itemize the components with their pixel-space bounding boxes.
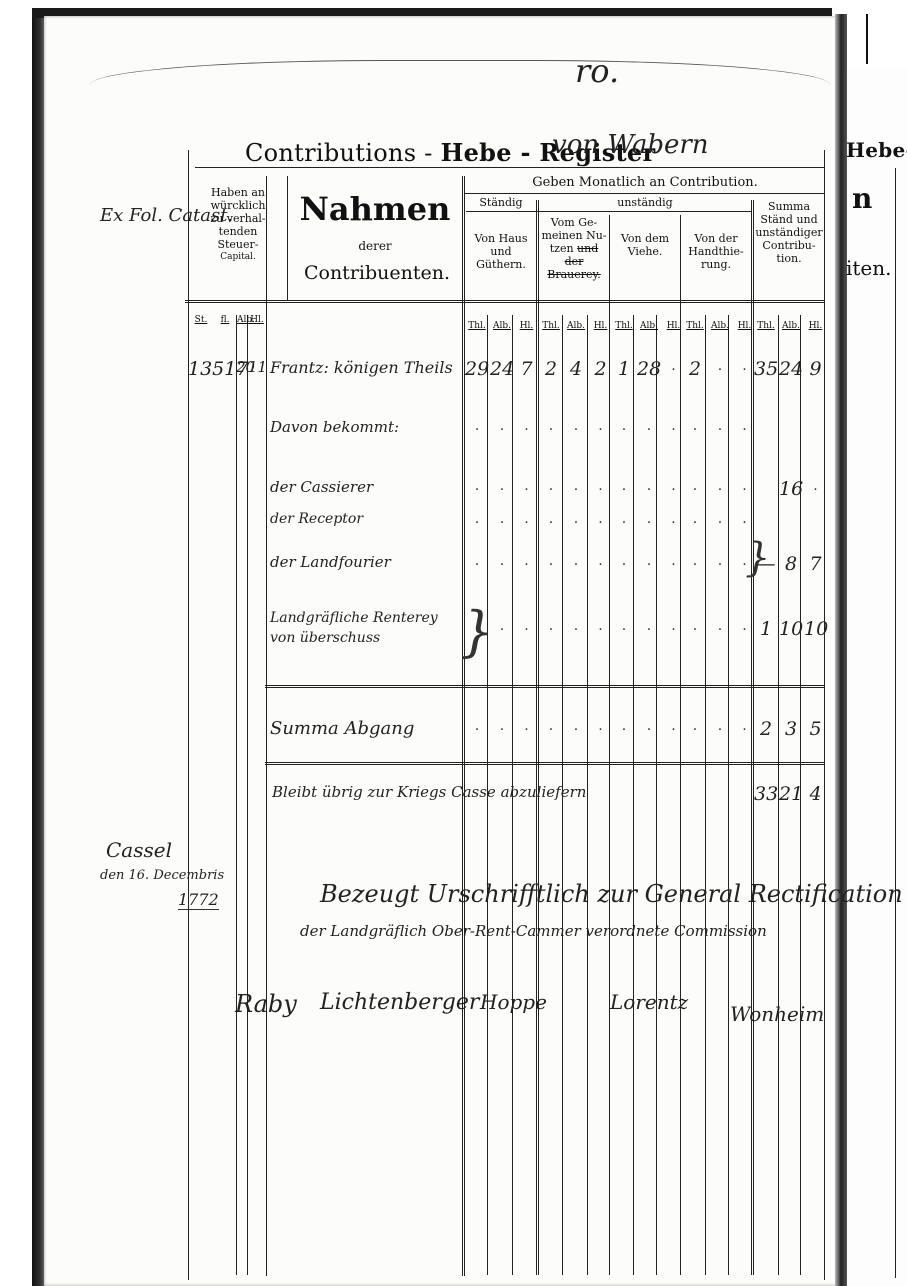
unit-label: Thl.	[539, 321, 563, 331]
rule-summa-top	[265, 685, 825, 688]
header-summa-line: tion.	[754, 252, 824, 265]
cell-viehe: .	[637, 478, 661, 494]
unit-label: Alb.	[490, 321, 514, 331]
adjacent-page	[847, 70, 907, 1286]
cell-summa: 2	[754, 718, 778, 740]
cell-nutzen: .	[589, 553, 612, 569]
cell-nutzen: .	[539, 418, 563, 434]
header-viehe-line: Von dem	[611, 232, 679, 245]
row-name: Landgräfliche Renterey von überschuss	[270, 608, 460, 648]
top-scribble: ro.	[575, 52, 619, 90]
cell-nutzen: .	[564, 618, 588, 634]
rule-standig	[466, 211, 536, 212]
cell-haus: .	[465, 718, 489, 734]
cell-haus: 29	[465, 358, 489, 380]
row-name: Summa Abgang	[270, 718, 414, 739]
scan-background	[0, 0, 32, 1286]
cell-summa: .	[804, 478, 827, 494]
rule-hand-alb	[705, 315, 706, 1275]
rule-unstandig	[537, 211, 752, 212]
cell-viehe: .	[662, 553, 685, 569]
cell-summa: 5	[804, 718, 827, 740]
cell-viehe: 28	[637, 358, 661, 380]
header-names-bottom: Contribuenten.	[292, 262, 462, 284]
header-summa-line: Ständ und	[754, 213, 824, 226]
cell-nutzen: .	[564, 478, 588, 494]
cell-summa: 3	[779, 718, 803, 740]
cell-haus: .	[490, 718, 514, 734]
cell-summa: 8	[779, 553, 803, 575]
cell-handthierung: .	[683, 511, 707, 527]
cell-viehe: .	[637, 418, 661, 434]
cell-haus: .	[515, 618, 538, 634]
row-name: der Receptor	[270, 511, 363, 527]
signature: Raby	[235, 990, 297, 1018]
unit-label: Hl.	[515, 321, 538, 331]
handwritten-place: von Wabern	[552, 130, 709, 160]
cell-handthierung: .	[708, 478, 732, 494]
cell-handthierung: .	[708, 618, 732, 634]
cell-haus: .	[465, 478, 489, 494]
header-capital-line: Haben an	[190, 186, 286, 199]
cell-handthierung: .	[733, 418, 756, 434]
rule-top	[195, 167, 825, 168]
header-capital-line: Steuer-	[190, 238, 286, 251]
rule-nutzen-hl	[587, 315, 588, 1275]
cell-haus: .	[490, 511, 514, 527]
unit-label: Alb.	[708, 321, 732, 331]
cell-summa: 4	[804, 783, 827, 805]
signature: Lichtenberger	[320, 990, 479, 1015]
certification-line-1: Bezeugt Urschrifftlich zur General Recti…	[320, 880, 903, 908]
cell-viehe: .	[612, 511, 636, 527]
header-nutzen-struck: Brauerey.	[540, 268, 608, 281]
cell-nutzen: .	[589, 478, 612, 494]
cell-viehe: .	[662, 718, 685, 734]
adjacent-title-fragment: Hebe-	[846, 138, 907, 162]
signature: Lorentz	[610, 990, 688, 1014]
cell-viehe: .	[637, 553, 661, 569]
cell-nutzen: .	[564, 418, 588, 434]
cell-haus: .	[515, 511, 538, 527]
cell-handthierung: .	[683, 718, 707, 734]
header-names-mid: derer	[290, 240, 460, 253]
cell-viehe: .	[612, 418, 636, 434]
cell-summa: 9	[804, 358, 827, 380]
unit-label: Alb.	[564, 321, 588, 331]
rule-cap-alb	[247, 315, 248, 1275]
cell-handthierung: .	[733, 511, 756, 527]
cell-handthierung: .	[733, 358, 756, 374]
unit-label: Hl.	[589, 321, 612, 331]
cell-handthierung: .	[733, 718, 756, 734]
rule-left-border	[188, 150, 189, 1280]
cell-handthierung: .	[683, 618, 707, 634]
cell-viehe: .	[662, 478, 685, 494]
header-haus-line: Von Haus	[466, 232, 536, 245]
row-name: Bleibt übrig zur Kriegs Casse abzuliefer…	[272, 783, 586, 801]
header-group-title: Geben Monatlich an Contribution.	[465, 176, 825, 189]
cell-haus: .	[515, 718, 538, 734]
certification-line-2: der Landgräflich Ober-Rent-Cammer verord…	[300, 922, 767, 940]
signature: Wonheim	[730, 1002, 824, 1026]
header-nutzen: Vom Ge- meinen Nu- tzen und der Brauerey…	[540, 216, 608, 281]
header-summa-line: Contribu-	[754, 239, 824, 252]
cell-viehe: .	[612, 478, 636, 494]
header-capital-line: tenden	[190, 225, 286, 238]
brace-icon: }	[745, 535, 770, 581]
unit-label: Alb.	[779, 321, 803, 331]
margin-note-year: 1772	[178, 890, 219, 910]
header-unstandig: unständig	[540, 196, 750, 209]
cell-viehe: .	[662, 418, 685, 434]
cell-handthierung: .	[683, 418, 707, 434]
rule-right-border	[824, 150, 825, 1280]
header-viehe-line: Viehe.	[611, 245, 679, 258]
header-nutzen-line: meinen Nu-	[540, 229, 608, 242]
header-capital-line: Capital.	[190, 251, 286, 264]
unit-label: Thl.	[612, 321, 636, 331]
rule-viehe-right	[680, 215, 681, 1275]
header-hand-line: Handthie-	[682, 245, 750, 258]
cell-summa: 33	[754, 783, 778, 805]
cell-handthierung: .	[708, 511, 732, 527]
cell-nutzen: .	[564, 718, 588, 734]
cell-haus: .	[490, 553, 514, 569]
cell-nutzen: 2	[539, 358, 563, 380]
cell-nutzen: 4	[564, 358, 588, 380]
header-summa: Summa Ständ und unständiger Contribu- ti…	[754, 200, 824, 265]
header-capital-line: zu verhal-	[190, 212, 286, 225]
capital-fl: 20	[236, 358, 248, 376]
cell-nutzen: .	[564, 553, 588, 569]
cell-handthierung: .	[708, 553, 732, 569]
header-standig: Ständig	[466, 196, 536, 209]
cell-haus: .	[465, 511, 489, 527]
header-summa-line: unständiger	[754, 226, 824, 239]
cell-haus: .	[465, 553, 489, 569]
unit-label: fl.	[214, 315, 236, 325]
cell-viehe: .	[637, 718, 661, 734]
header-capital-line: würcklich	[190, 199, 286, 212]
page-tear	[90, 60, 830, 91]
margin-note-date: den 16. Decembris	[100, 868, 224, 883]
title-part-1: Contributions -	[245, 139, 433, 167]
header-hand-line: rung.	[682, 258, 750, 271]
cell-summa: 16	[779, 478, 803, 500]
cell-handthierung: .	[708, 418, 732, 434]
cell-viehe: 1	[612, 358, 636, 380]
rule-cap-fl	[236, 315, 237, 1275]
rule-viehe-alb	[633, 315, 634, 1275]
rule-names-left	[266, 176, 267, 1276]
capital-hl: 11	[248, 358, 266, 376]
unit-label: Hl.	[662, 321, 685, 331]
cell-haus: 7	[515, 358, 538, 380]
brace-icon: }	[460, 600, 494, 663]
rule-group	[465, 193, 825, 194]
cell-viehe: .	[612, 553, 636, 569]
header-summa-line: Summa	[754, 200, 824, 213]
cell-haus: .	[515, 418, 538, 434]
cell-nutzen: .	[589, 511, 612, 527]
cell-summa: 24	[779, 358, 803, 380]
cell-viehe: .	[662, 511, 685, 527]
header-hand-line: Von der	[682, 232, 750, 245]
cell-viehe: .	[662, 358, 685, 374]
cell-haus: .	[515, 478, 538, 494]
cell-nutzen: .	[539, 511, 563, 527]
cell-haus: .	[490, 478, 514, 494]
cell-viehe: .	[637, 618, 661, 634]
header-viehe: Von dem Viehe.	[611, 232, 679, 258]
rule-viehe-hl	[656, 315, 657, 1275]
row-name: Davon bekommt:	[270, 418, 399, 436]
header-nutzen-word: tzen	[550, 242, 574, 255]
unit-label: Hl.	[733, 321, 756, 331]
unit-label: Hl.	[804, 321, 827, 331]
row-name: der Landfourier	[270, 553, 391, 571]
cell-viehe: .	[612, 618, 636, 634]
cell-viehe: .	[612, 718, 636, 734]
unit-label: Alb.	[237, 315, 247, 325]
cell-summa: 10	[804, 618, 827, 640]
rule-summa-bottom	[265, 762, 825, 765]
cell-viehe: .	[637, 511, 661, 527]
cell-summa: 7	[804, 553, 827, 575]
rule-capital-right	[287, 176, 288, 300]
margin-note-catast: Ex Fol. Catast.	[100, 205, 180, 227]
header-nutzen-line: tzen und der	[540, 242, 608, 268]
cell-haus: .	[490, 418, 514, 434]
cell-nutzen: 2	[589, 358, 612, 380]
cell-nutzen: .	[589, 718, 612, 734]
cell-nutzen: .	[564, 511, 588, 527]
cell-haus: .	[515, 553, 538, 569]
adjacent-page-corner	[866, 14, 907, 64]
page-gutter	[835, 14, 847, 1286]
cell-summa: 1	[754, 618, 778, 640]
cell-handthierung: 2	[683, 358, 707, 380]
header-capital: Haben an würcklich zu verhal- tenden Ste…	[190, 186, 286, 264]
header-handthierung: Von der Handthie- rung.	[682, 232, 750, 271]
cell-nutzen: .	[539, 478, 563, 494]
unit-label: Alb.	[637, 321, 661, 331]
row-name: Frantz: königen Theils	[270, 358, 453, 377]
cell-nutzen: .	[589, 618, 612, 634]
cell-nutzen: .	[589, 418, 612, 434]
unit-label: Thl.	[465, 321, 489, 331]
rule-header-bottom	[185, 300, 825, 303]
cell-summa: 35	[754, 358, 778, 380]
cell-handthierung: .	[683, 478, 707, 494]
cell-haus: .	[465, 418, 489, 434]
cell-handthierung: .	[683, 553, 707, 569]
header-haus-line: und	[466, 245, 536, 258]
rule-hand-hl	[728, 315, 729, 1275]
unit-label: Hl.	[248, 315, 266, 325]
adjacent-fragment-3: iten.	[846, 256, 892, 280]
cell-handthierung: .	[708, 358, 732, 374]
cell-handthierung: .	[733, 478, 756, 494]
unit-label: Thl.	[754, 321, 778, 331]
cell-haus: 24	[490, 358, 514, 380]
header-nutzen-line: Vom Ge-	[540, 216, 608, 229]
cell-nutzen: .	[539, 553, 563, 569]
cell-nutzen: .	[539, 718, 563, 734]
adjacent-fragment-2: n	[852, 182, 872, 215]
unit-label: St.	[190, 315, 212, 325]
row-name: der Cassierer	[270, 478, 373, 496]
header-haus-line: Güthern.	[466, 258, 536, 271]
header-haus: Von Haus und Güthern.	[466, 232, 536, 271]
capital-st: 13517	[188, 358, 236, 380]
cell-summa: 10	[779, 618, 803, 640]
cell-summa: 21	[779, 783, 803, 805]
adjacent-rule	[895, 168, 896, 1278]
cell-handthierung: .	[733, 618, 756, 634]
cell-handthierung: .	[708, 718, 732, 734]
cell-viehe: .	[662, 618, 685, 634]
margin-note-place: Cassel	[106, 838, 172, 862]
unit-label: Thl.	[683, 321, 707, 331]
cell-nutzen: .	[539, 618, 563, 634]
signature: Hoppe	[480, 990, 547, 1014]
header-names-big: Nahmen	[290, 190, 460, 228]
